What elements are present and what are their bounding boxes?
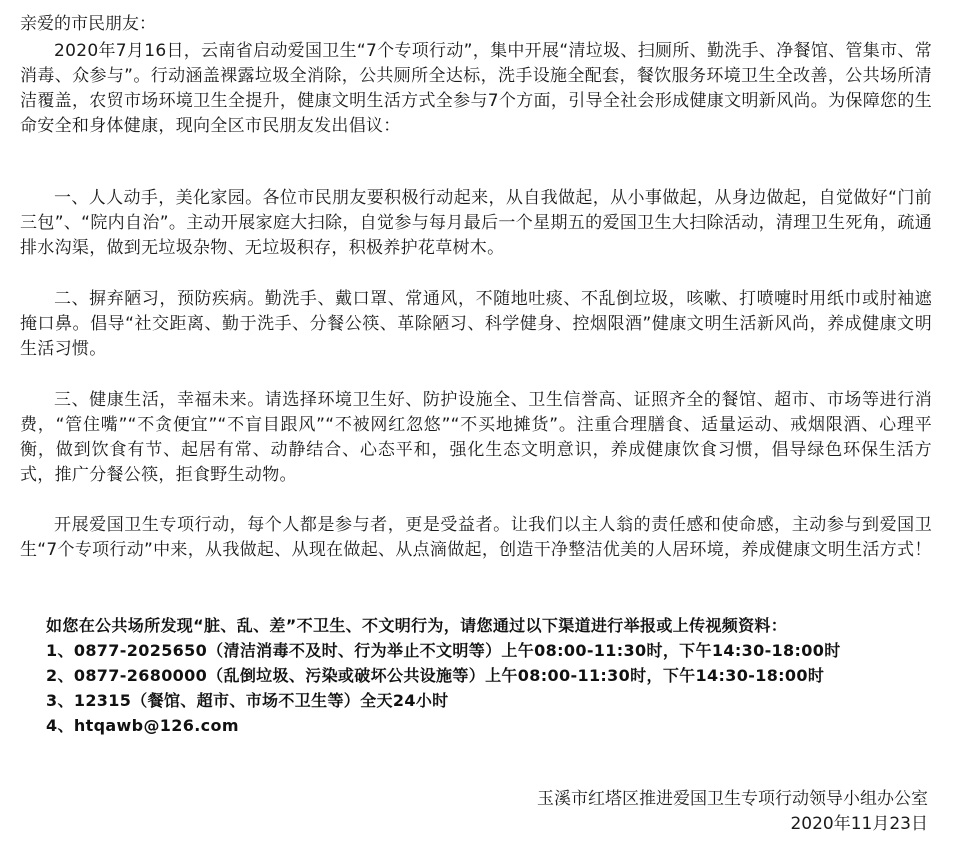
report-channel-email[interactable]: 4、htqawb@126.com [46,713,841,738]
letter-greeting: 亲爱的市民朋友： [20,12,156,37]
proposal-3-paragraph: 三、健康生活，幸福未来。请选择环境卫生好、防护设施全、卫生信誉高、证照齐全的餐馆… [20,388,932,488]
report-channel-phone-2: 2、0877-2680000（乱倒垃圾、污染或破坏公共设施等）上午08:00-1… [46,663,841,688]
signature-organization: 玉溪市红塔区推进爱国卫生专项行动领导小组办公室 [537,787,928,812]
report-channel-phone-1: 1、0877-2025650（清洁消毒不及时、行为举止不文明等）上午08:00-… [46,638,841,663]
report-channel-phone-3: 3、12315（餐馆、超市、市场不卫生等）全天24小时 [46,688,841,713]
report-intro: 如您在公共场所发现“脏、乱、差”不卫生、不文明行为，请您通过以下渠道进行举报或上… [46,613,841,638]
proposal-1-paragraph: 一、人人动手，美化家园。各位市民朋友要积极行动起来，从自我做起，从小事做起，从身… [20,186,932,261]
proposal-2-paragraph: 二、摒弃陋习，预防疾病。勤洗手、戴口罩、常通风，不随地吐痰、不乱倒垃圾，咳嗽、打… [20,287,932,362]
closing-paragraph: 开展爱国卫生专项行动，每个人都是参与者，更是受益者。让我们以主人翁的责任感和使命… [20,513,932,563]
signature-block: 玉溪市红塔区推进爱国卫生专项行动领导小组办公室 2020年11月23日 [537,787,928,837]
signature-date: 2020年11月23日 [537,812,928,837]
intro-paragraph: 2020年7月16日，云南省启动爱国卫生“7个专项行动”，集中开展“清垃圾、扫厕… [20,39,932,139]
report-channels-section: 如您在公共场所发现“脏、乱、差”不卫生、不文明行为，请您通过以下渠道进行举报或上… [46,613,841,738]
